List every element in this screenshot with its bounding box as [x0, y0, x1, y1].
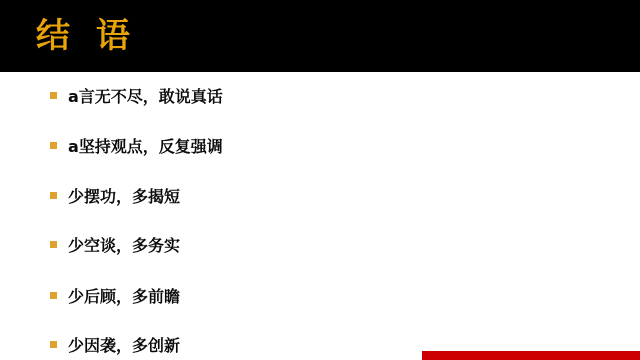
bullet-list: a言无不尽，敢说真话 a坚持观点，反复强调 少摆功，多揭短 少空谈，多务实 少后…	[0, 0, 640, 360]
bullet-square-icon	[50, 192, 57, 199]
bullet-item: a言无不尽，敢说真话	[50, 87, 223, 107]
bullet-item: 少空谈，多务实	[50, 236, 180, 256]
bullet-square-icon	[50, 92, 57, 99]
bullet-text: 少后顾，多前瞻	[68, 287, 180, 307]
bullet-text: 少摆功，多揭短	[68, 187, 180, 207]
bullet-square-icon	[50, 241, 57, 248]
bullet-text: 少空谈，多务实	[68, 236, 180, 256]
bullet-square-icon	[50, 341, 57, 348]
bullet-square-icon	[50, 142, 57, 149]
bullet-text: 少因袭，多创新	[68, 336, 180, 356]
bullet-item: 少摆功，多揭短	[50, 187, 180, 207]
slide: 结 语 a言无不尽，敢说真话 a坚持观点，反复强调 少摆功，多揭短 少空谈，多务…	[0, 0, 640, 360]
bullet-item: 少后顾，多前瞻	[50, 287, 180, 307]
bullet-square-icon	[50, 292, 57, 299]
accent-bar	[422, 351, 640, 360]
bullet-text: a言无不尽，敢说真话	[68, 87, 223, 107]
bullet-text: a坚持观点，反复强调	[68, 137, 223, 157]
bullet-item: 少因袭，多创新	[50, 336, 180, 356]
bullet-item: a坚持观点，反复强调	[50, 137, 223, 157]
